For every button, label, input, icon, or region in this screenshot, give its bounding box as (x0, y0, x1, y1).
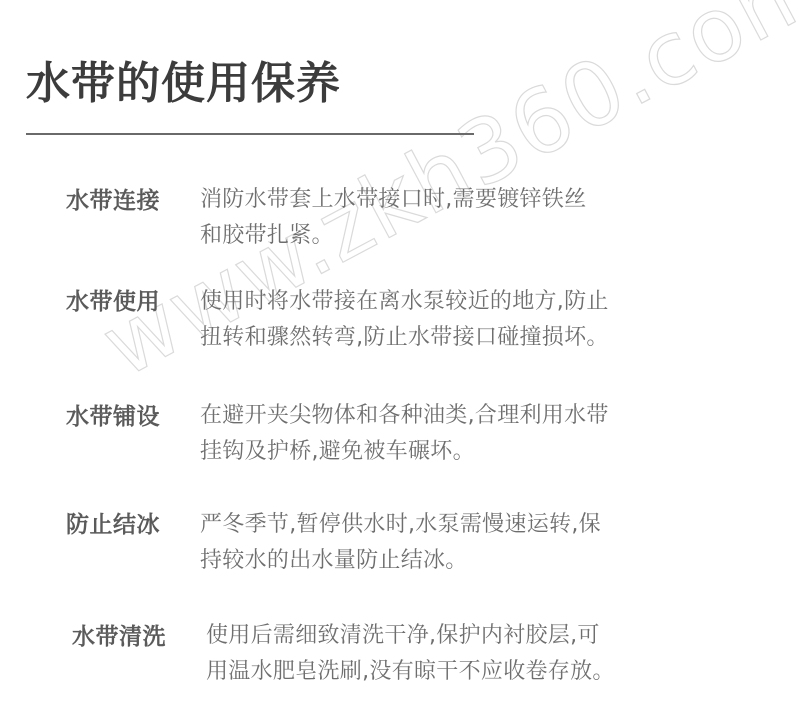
item-text-line: 使用后需细致清洗干净,保护内衬胶层,可 (206, 618, 706, 654)
item-description: 使用时将水带接在离水泵较近的地方,防止 扭转和骤然转弯,防止水带接口碰撞损坏。 (200, 284, 700, 356)
item-text-line: 在避开夹尖物体和各种油类,合理利用水带 (200, 398, 700, 434)
item-text-line: 严冬季节,暂停供水时,水泵需慢速运转,保 (200, 507, 700, 543)
item-text-line: 扭转和骤然转弯,防止水带接口碰撞损坏。 (200, 320, 700, 356)
item-description: 使用后需细致清洗干净,保护内衬胶层,可 用温水肥皂洗刷,没有晾干不应收卷存放。 (206, 618, 706, 690)
item-text-line: 挂钩及护桥,避免被车碾坏。 (200, 434, 700, 470)
page-title: 水带的使用保养 (26, 58, 341, 110)
item-label: 水带清洗 (72, 622, 166, 652)
item-text-line: 和胶带扎紧。 (200, 218, 700, 254)
item-text-line: 消防水带套上水带接口时,需要镀锌铁丝 (200, 182, 700, 218)
item-label: 水带连接 (66, 186, 160, 216)
page: www.zkh360.com 水带的使用保养 水带连接 消防水带套上水带接口时,… (0, 0, 800, 709)
item-text-line: 持较水的出水量防止结冰。 (200, 543, 700, 579)
item-description: 严冬季节,暂停供水时,水泵需慢速运转,保 持较水的出水量防止结冰。 (200, 507, 700, 579)
item-label: 水带使用 (66, 287, 160, 317)
item-label: 防止结冰 (66, 510, 160, 540)
item-description: 在避开夹尖物体和各种油类,合理利用水带 挂钩及护桥,避免被车碾坏。 (200, 398, 700, 470)
item-label: 水带铺设 (66, 402, 160, 432)
item-description: 消防水带套上水带接口时,需要镀锌铁丝 和胶带扎紧。 (200, 182, 700, 254)
item-text-line: 使用时将水带接在离水泵较近的地方,防止 (200, 284, 700, 320)
item-text-line: 用温水肥皂洗刷,没有晾干不应收卷存放。 (206, 654, 706, 690)
title-divider (26, 133, 474, 135)
